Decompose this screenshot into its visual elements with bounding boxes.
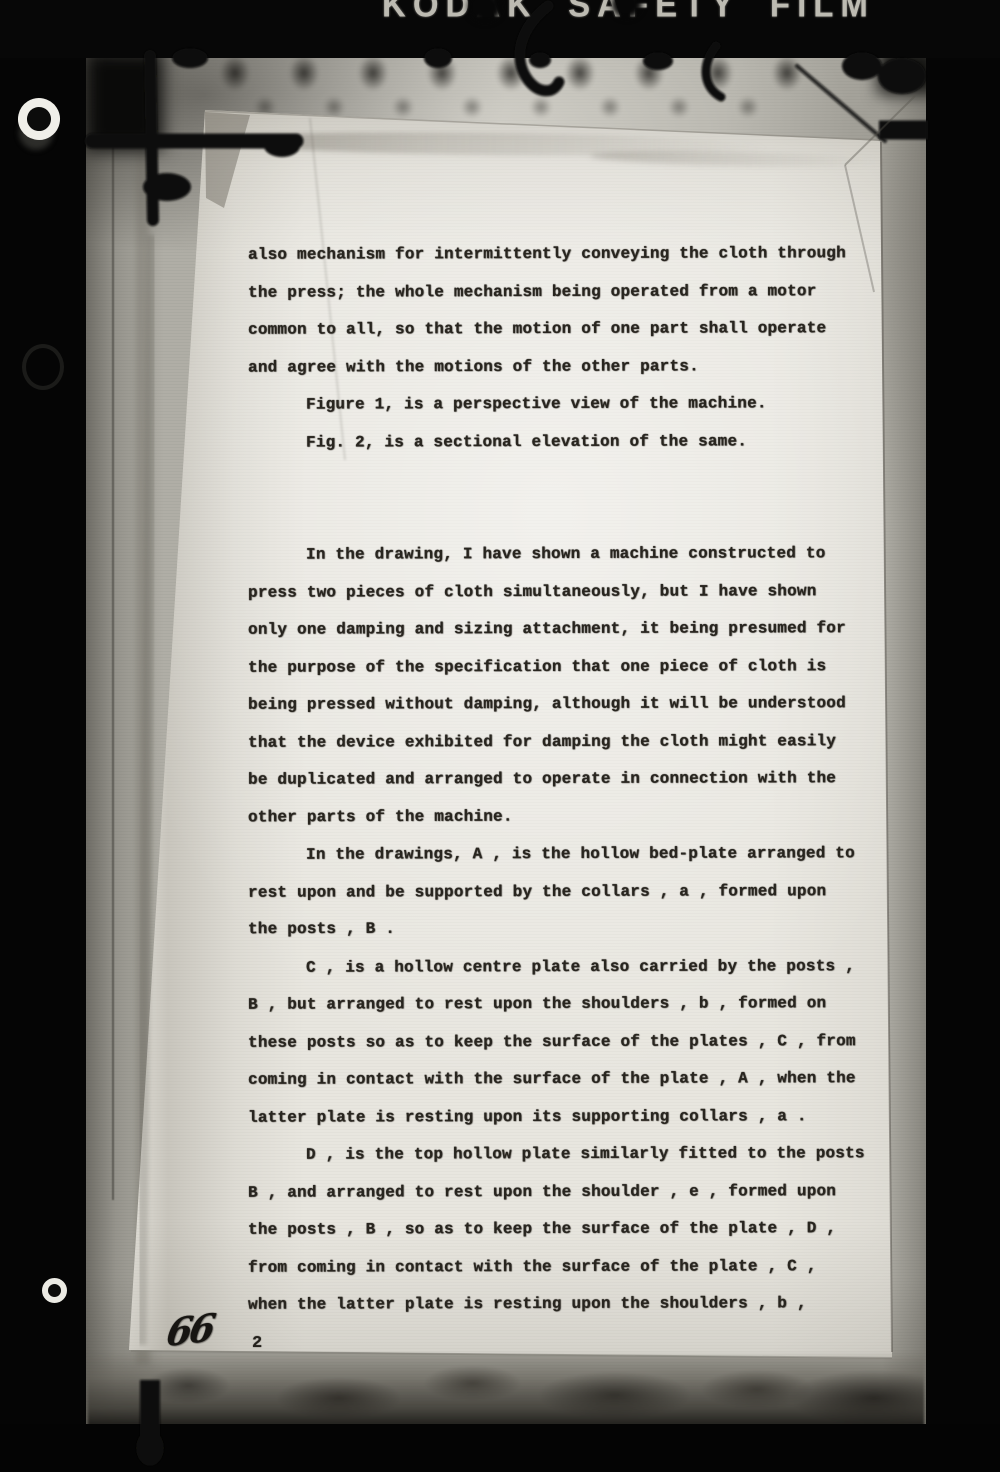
handwritten-mark: 66 [164, 1305, 216, 1356]
typed-line: Figure 1, is a perspective view of the m… [306, 395, 767, 412]
typed-line: also mechanism for intermittently convey… [248, 245, 846, 263]
typed-line: common to all, so that the motion of one… [248, 320, 826, 338]
bleed-spot [392, 96, 414, 118]
bleed-spot [427, 55, 457, 91]
bleed-spot [220, 55, 250, 91]
typed-line: being pressed without damping, although … [248, 695, 846, 713]
bleed-spot [358, 55, 388, 91]
microfilm-frame: also mechanism for intermittently convey… [0, 0, 1000, 1472]
typed-line: when the latter plate is resting upon th… [248, 1295, 807, 1312]
typed-line: Fig. 2, is a sectional elevation of the … [306, 433, 747, 450]
bleed-spot [323, 96, 345, 118]
typed-line: press two pieces of cloth simultaneously… [248, 583, 817, 600]
typed-line: these posts so as to keep the surface of… [248, 1033, 856, 1051]
typed-line: be duplicated and arranged to operate in… [248, 770, 836, 788]
typed-line: other parts of the machine. [248, 808, 513, 825]
bleed-spot [737, 96, 759, 118]
typed-line: coming in contact with the surface of th… [248, 1070, 856, 1088]
bleed-spot [599, 96, 621, 118]
typed-line: only one damping and sizing attachment, … [248, 620, 846, 638]
bleed-spot [530, 96, 552, 118]
typed-line: the purpose of the specification that on… [248, 658, 826, 676]
bleed-spot [634, 55, 664, 91]
film-margin-left [0, 0, 86, 1472]
bleed-spot [703, 55, 733, 91]
typed-line: the posts , B . [248, 921, 395, 937]
bleed-spot [668, 96, 690, 118]
typed-line: latter plate is resting upon its support… [248, 1108, 807, 1125]
page-number: 2 [252, 1334, 262, 1353]
typed-line: rest upon and be supported by the collar… [248, 883, 826, 901]
punch-hole-bottom [42, 1278, 67, 1303]
bottom-decay-band [88, 1352, 924, 1426]
punch-hole-ghost [22, 344, 64, 390]
bleed-spot [565, 55, 595, 91]
bleed-spot [461, 96, 483, 118]
typed-line: B , but arranged to rest upon the should… [248, 995, 826, 1013]
film-margin-bottom [0, 1424, 1000, 1472]
film-margin-right [926, 0, 1000, 1472]
typed-line: D , is the top hollow plate similarly fi… [306, 1145, 865, 1162]
typed-line: that the device exhibited for damping th… [248, 733, 836, 751]
typed-line: and agree with the motions of the other … [248, 358, 699, 375]
backing-corner-shadow-left [84, 50, 162, 150]
typed-line: In the drawings, A , is the hollow bed-p… [306, 845, 855, 862]
bleed-spot [496, 55, 526, 91]
typed-line: In the drawing, I have shown a machine c… [306, 545, 826, 562]
backing-crease-line [112, 140, 114, 1200]
typed-line: C , is a hollow centre plate also carrie… [306, 958, 855, 975]
bleed-spot [289, 55, 319, 91]
typed-line: the posts , B , so as to keep the surfac… [248, 1220, 836, 1238]
typed-line: the press; the whole mechanism being ope… [248, 283, 817, 300]
bleed-spot [772, 55, 802, 91]
typed-line: from coming in contact with the surface … [248, 1258, 817, 1275]
typed-line: B , and arranged to rest upon the should… [248, 1183, 836, 1201]
